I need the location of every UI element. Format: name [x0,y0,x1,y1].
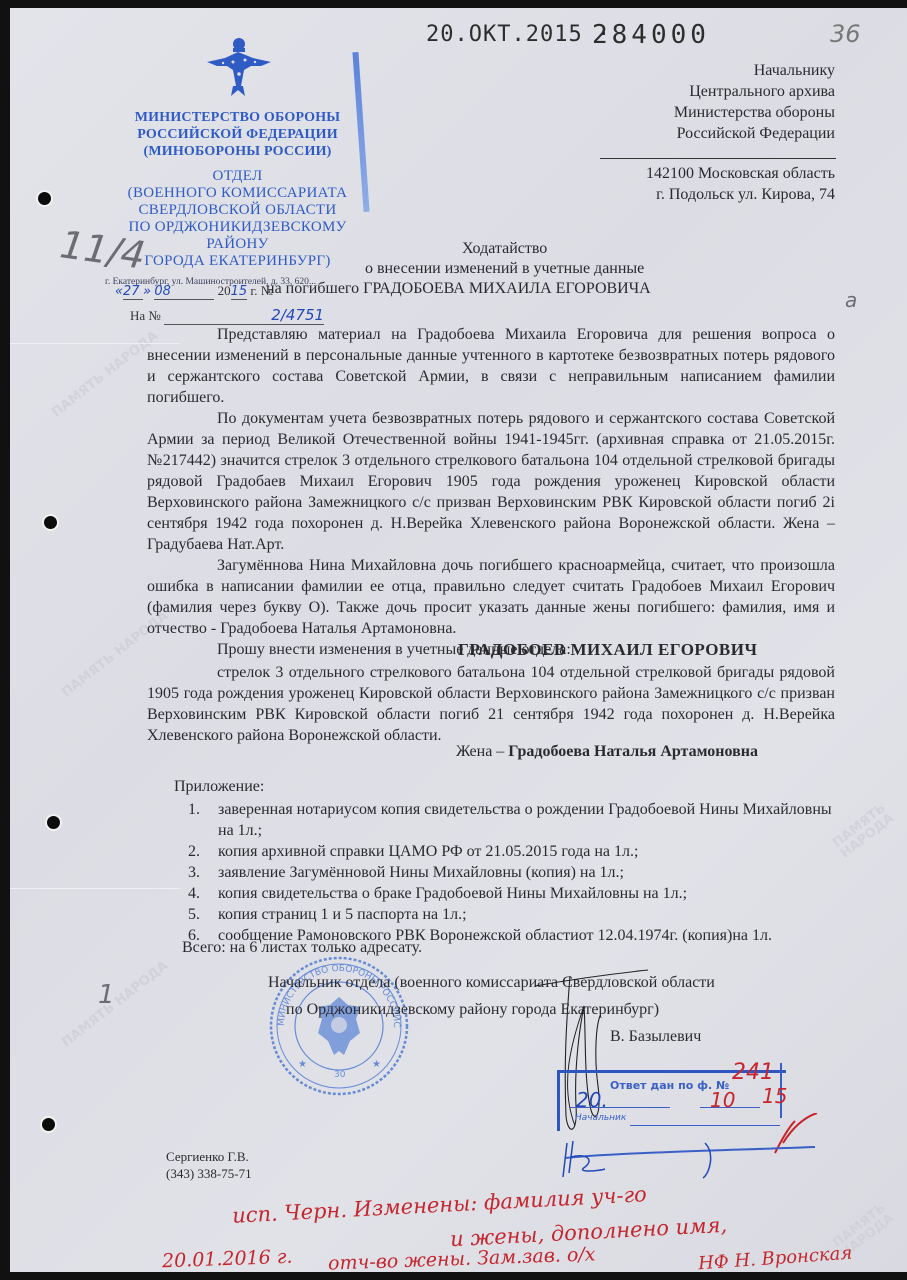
handwritten-marks-icon [555,1113,825,1183]
stamp-department-line: СВЕРДЛОВСКОЙ ОБЛАСТИ [105,202,370,219]
executor-name: Сергиенко Г.В. [166,1148,252,1165]
body-text: Представляю материал на Градобоева Михаи… [147,324,835,660]
response-number: 241 [732,1060,774,1085]
punch-hole [42,1118,55,1131]
resolution-initials: НФ Н. Вронская [697,1243,853,1275]
svg-text:★: ★ [372,1059,381,1070]
list-item: 2.копия архивной справки ЦАМО РФ от 21.0… [188,841,838,862]
date-day: 27 [123,284,143,300]
attachments-title: Приложение: [174,778,264,796]
response-month: 10 [710,1088,735,1112]
addressee-block: Начальнику Центрального архива Министерс… [674,60,835,144]
stamp-ministry-line: РОССИЙСКОЙ ФЕДЕРАЦИИ [105,126,370,143]
response-year: 15 [762,1084,787,1108]
divider [600,158,836,159]
postal-address: 142100 Московская область г. Подольск ул… [646,163,835,205]
document-subtitle: на погибшего ГРАДОБОЕВА МИХАИЛА ЕГОРОВИЧ… [266,280,651,298]
executor-contact: Сергиенко Г.В. (343) 338-75-71 [166,1148,252,1182]
incoming-number-stamp: 284000 [592,20,710,50]
list-item: 5.копия страниц 1 и 5 паспорта на 1л.; [188,904,838,925]
pencil-mark: 1 [98,980,115,1010]
reference-number: На № 2/4751 [130,306,324,325]
paragraph: Загумённова Нина Михайловна дочь погибше… [147,555,835,639]
resolution-date: 20.01.2016 г. [162,1246,293,1273]
stamp-department-line: (ВОЕННОГО КОМИССАРИАТА [105,185,370,202]
document-subtitle: о внесении изменений в учетные данные [365,260,644,278]
svg-text:★: ★ [298,1059,307,1070]
fold-line [10,888,180,889]
list-item: 3.заявление Загумённовой Нины Михайловны… [188,862,838,883]
date-month: 08 [154,284,214,300]
date-year: 15 [231,284,248,300]
eagle-emblem-icon [203,36,273,98]
pencil-mark: а [845,288,857,312]
corrected-details: стрелок 3 отдельного стрелкового батальо… [147,662,835,746]
response-day: 20. [576,1088,608,1112]
punch-hole [47,816,60,829]
outgoing-date: «27» 08 2015 г. № [115,283,273,300]
paragraph: Представляю материал на Градобоева Михаи… [147,324,835,408]
document-title: Ходатайство [462,240,547,258]
punch-hole [38,192,51,205]
executor-phone: (343) 338-75-71 [166,1165,252,1182]
resolution-line: отч-во жены. Зам.зав. о/х [328,1243,596,1274]
stamp-ministry-line: (МИНОБОРОНЫ РОССИИ) [105,143,370,160]
svg-text:30: 30 [334,1070,346,1080]
paragraph: По документам учета безвозвратных потерь… [147,408,835,555]
watermark: ПАМЯТЬ НАРОДА [60,959,171,1050]
punch-hole [44,516,57,529]
sheet-number: 36 [830,20,861,48]
corrected-name: ГРАДОБОЕВ МИХАИЛ ЕГОРОВИЧ [458,640,757,660]
list-item: 1.заверенная нотариусом копия свидетельс… [188,799,838,841]
document-page: ПАМЯТЬ НАРОДА ПАМЯТЬ НАРОДА ПАМЯТЬ НАРОД… [10,8,907,1272]
attachments-list: 1.заверенная нотариусом копия свидетельс… [188,799,838,946]
list-item: 4.копия свидетельства о браке Градобоево… [188,883,838,904]
received-date-stamp: 20.ОКТ.2015 · [426,22,611,47]
stamp-department-line: ОТДЕЛ [105,168,370,185]
wife-line: Жена – Градобоева Наталья Артамоновна [456,743,758,761]
stamp-ministry-line: МИНИСТЕРСТВО ОБОРОНЫ [105,109,370,126]
